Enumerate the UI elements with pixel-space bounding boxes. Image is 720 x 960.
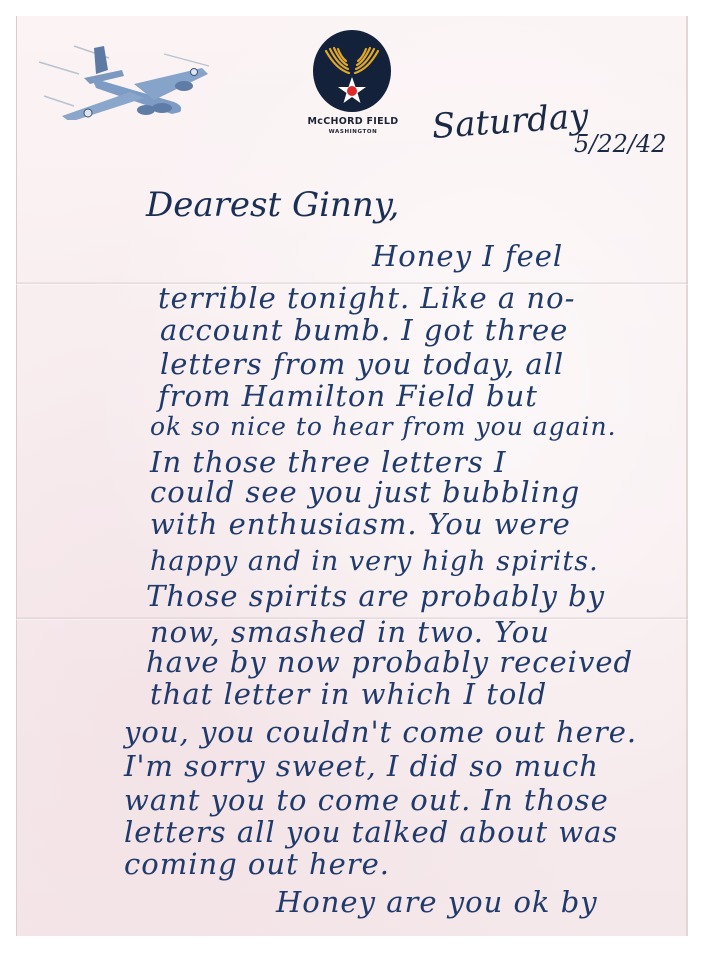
letter-line: from Hamilton Field but (158, 382, 538, 411)
letter-line: Those spirits are probably by (146, 582, 605, 611)
letter-line: now, smashed in two. You (150, 618, 550, 647)
letter-date: 5/22/42 (574, 132, 667, 156)
letterhead-subtitle: WASHINGTON (292, 129, 414, 135)
b17-bomber-airplane-icon (34, 24, 214, 120)
letter-line: account bumb. I got three (160, 316, 568, 345)
letter-line: coming out here. (124, 850, 390, 879)
letter-line: ok so nice to hear from you again. (150, 414, 617, 439)
letter-greeting: Dearest Ginny, (146, 188, 399, 222)
letter-line: Honey I feel (372, 242, 563, 271)
army-air-forces-wings-star-icon (312, 29, 392, 113)
letter-line: I'm sorry sweet, I did so much (124, 752, 599, 781)
letterhead-title: McCHORD FIELD (292, 116, 414, 127)
letter-line: could see you just bubbling (150, 478, 580, 507)
letter-line: that letter in which I told (150, 680, 547, 709)
letter-line: letters from you today, all (160, 350, 564, 379)
letter-line: with enthusiasm. You were (150, 510, 571, 539)
letter-line: terrible tonight. Like a no- (158, 284, 575, 313)
letter-line: you, you couldn't come out here. (124, 718, 637, 747)
letter-line: Honey are you ok by (276, 888, 598, 917)
letter-day: Saturday (431, 99, 590, 144)
letter-line: letters all you talked about was (124, 818, 618, 847)
letter-line: want you to come out. In those (124, 786, 609, 815)
letter-line: happy and in very high spirits. (150, 548, 599, 575)
letter-line: have by now probably received (146, 648, 633, 677)
letter-line: In those three letters I (150, 448, 506, 477)
